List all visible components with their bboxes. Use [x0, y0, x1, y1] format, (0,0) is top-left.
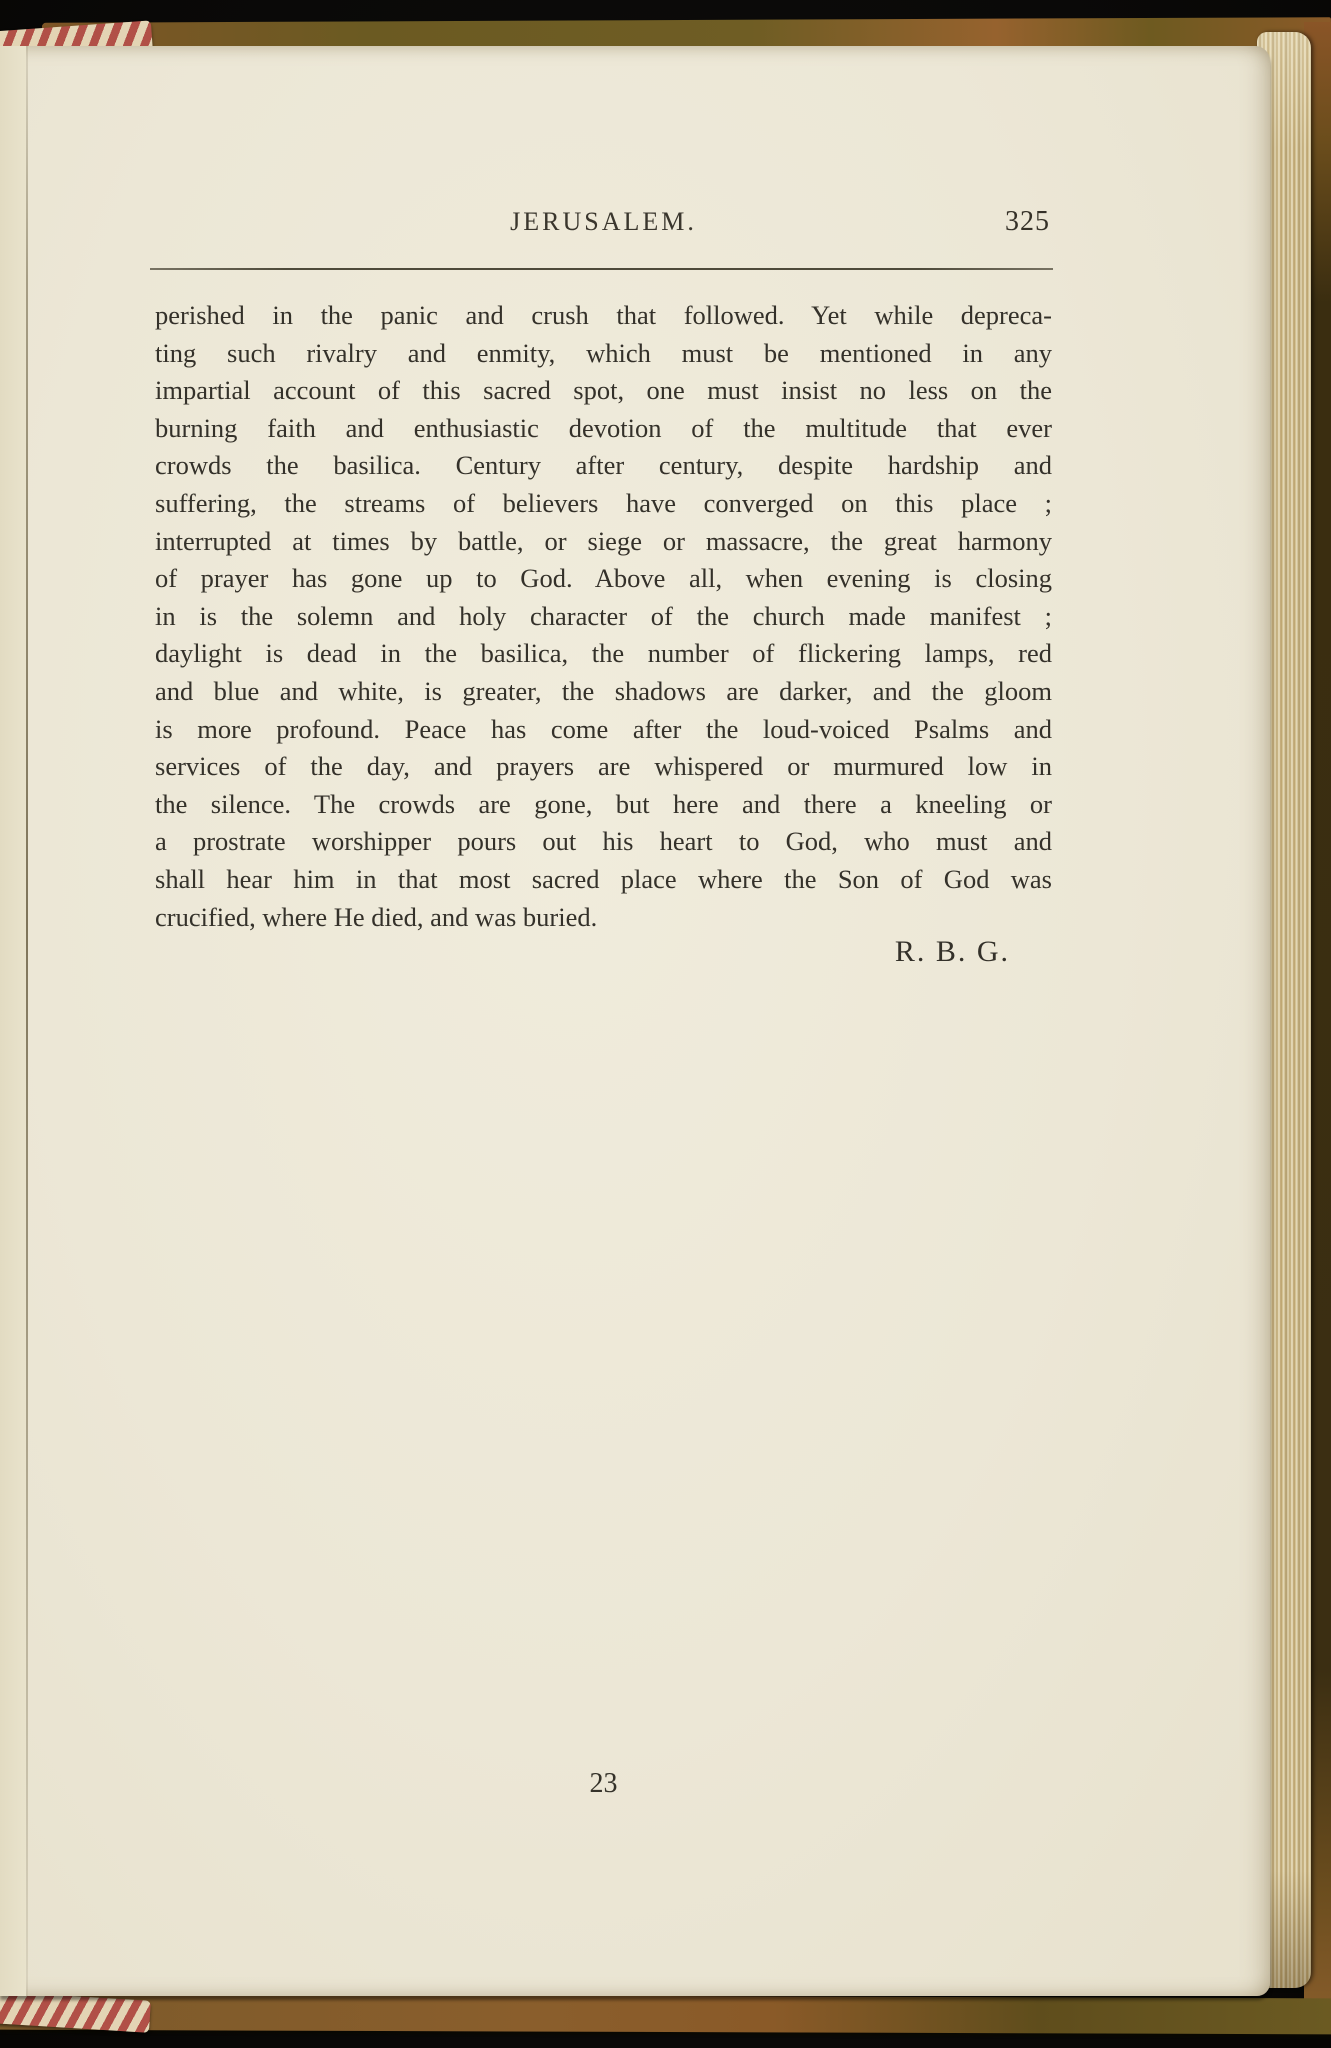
- page-gutter-line: [26, 46, 28, 1996]
- body-text-line: is more profound. Peace has come after t…: [155, 711, 1052, 749]
- body-text-line: perished in the panic and crush that fol…: [155, 297, 1052, 335]
- page-number: 325: [1005, 204, 1050, 240]
- body-text-line: suffering, the streams of believers have…: [155, 485, 1052, 523]
- photo-backdrop: JERUSALEM. 325 perished in the panic and…: [0, 0, 1331, 2048]
- body-text-line: and blue and white, is greater, the shad…: [155, 673, 1052, 711]
- body-text-line: daylight is dead in the basilica, the nu…: [155, 635, 1052, 673]
- body-text-line: interrupted at times by battle, or siege…: [155, 523, 1052, 561]
- body-text-line: crowds the basilica. Century after centu…: [155, 447, 1052, 485]
- body-text-line: impartial account of this sacred spot, o…: [155, 372, 1052, 410]
- running-header: JERUSALEM.: [155, 204, 1052, 240]
- body-text-line: services of the day, and prayers are whi…: [155, 748, 1052, 786]
- body-text-line: ting such rivalry and enmity, which must…: [155, 335, 1052, 373]
- printed-content: JERUSALEM. 325 perished in the panic and…: [155, 46, 1052, 1996]
- body-text-line: burning faith and enthusiastic devotion …: [155, 410, 1052, 448]
- body-text-line: the silence. The crowds are gone, but he…: [155, 786, 1052, 824]
- body-text: perished in the panic and crush that fol…: [155, 297, 1052, 936]
- book-page: JERUSALEM. 325 perished in the panic and…: [0, 46, 1270, 1996]
- body-text-line: of prayer has gone up to God. Above all,…: [155, 560, 1052, 598]
- body-text-line: a prostrate worshipper pours out his hea…: [155, 823, 1052, 861]
- book-cover-bottom-edge: [0, 1994, 1331, 2035]
- body-text-line: crucified, where He died, and was buried…: [155, 899, 1052, 937]
- author-initials: R. B. G.: [895, 935, 1010, 969]
- header-rule: [150, 268, 1053, 270]
- body-text-line: in is the solemn and holy character of t…: [155, 598, 1052, 636]
- facing-page-edge: [0, 46, 26, 1996]
- signature-mark: 23: [155, 1768, 1052, 1800]
- body-text-line: shall hear him in that most sacred place…: [155, 861, 1052, 899]
